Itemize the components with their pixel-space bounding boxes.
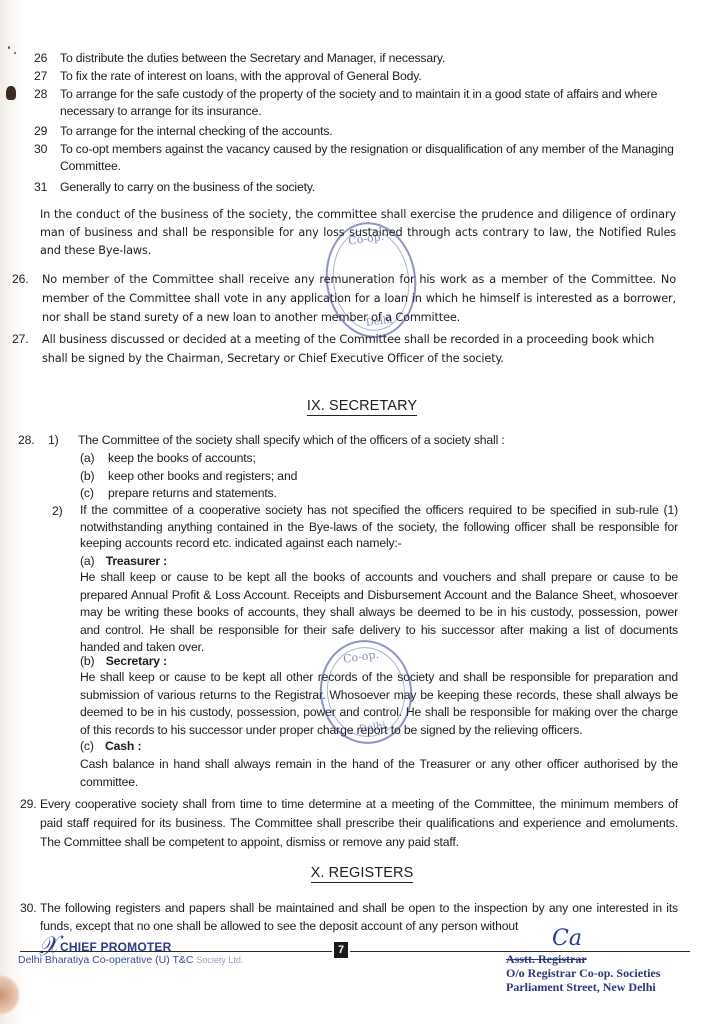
officer-cash-title: (c) Cash : (80, 738, 141, 755)
section-heading-text: X. REGISTERS (311, 865, 414, 883)
footer-registrar-title: Asstt. Registrar (506, 952, 587, 967)
list-item: 29 To arrange for the internal checking … (34, 123, 674, 140)
scan-mark (8, 46, 10, 49)
list-item: 31 Generally to carry on the business of… (34, 179, 674, 196)
footer-registrar-office: O/o Registrar Co-op. Societies (506, 966, 660, 981)
officer-title: Secretary : (106, 654, 167, 668)
item-text: keep the books of accounts; (108, 450, 256, 467)
list-item-number: 31 (34, 179, 60, 196)
list-item-text: Generally to carry on the business of th… (60, 179, 674, 196)
clause-number: 29. (20, 795, 40, 852)
society-name-faint: Society Ltd. (196, 955, 243, 965)
item-label: (c) (80, 485, 94, 502)
section-heading-registers: X. REGISTERS (0, 865, 724, 881)
clause-number: 30. (20, 899, 40, 935)
scan-mark (6, 86, 16, 100)
registrar-signature: Ca (552, 926, 582, 951)
list-item-number: 26 (34, 50, 60, 67)
list-item: 30 To co-opt members against the vacancy… (34, 141, 678, 174)
clause-text: No member of the Committee shall receive… (42, 270, 676, 327)
footer-registrar-address: Parliament Street, New Delhi (506, 980, 656, 995)
page-number: 7 (334, 942, 348, 958)
subclause-number: 1) (48, 432, 59, 449)
officer-treasurer-title: (a) Treasurer : (80, 553, 167, 570)
footer-society-name: Delhi Bharatiya Co-operative (U) T&C Soc… (18, 954, 243, 966)
officer-label: (b) (80, 654, 94, 668)
list-item-number: 29 (34, 123, 60, 140)
list-item: 28 To arrange for the safe custody of th… (34, 86, 678, 119)
list-item-text: To fix the rate of interest on loans, wi… (60, 68, 674, 85)
list-item-number: 27 (34, 68, 60, 85)
item-label: (a) (80, 450, 94, 467)
clause-number: 28. (18, 432, 35, 449)
section-heading-secretary: IX. SECRETARY (0, 398, 724, 414)
list-item-text: To arrange for the safe custody of the p… (60, 86, 678, 119)
officer-cash-text: Cash balance in hand shall always remain… (80, 755, 678, 791)
officer-title: Cash : (105, 739, 141, 753)
clause-text: Every cooperative society shall from tim… (40, 795, 678, 852)
list-item: 26 To distribute the duties between the … (34, 50, 674, 67)
list-item-text: To arrange for the internal checking of … (60, 123, 674, 140)
clause-number: 26. (12, 270, 42, 327)
item-text: prepare returns and statements. (108, 485, 277, 502)
section-heading-text: IX. SECRETARY (307, 398, 417, 416)
list-item: 27 To fix the rate of interest on loans,… (34, 68, 674, 85)
clause-27: 27. All business discussed or decided at… (12, 330, 676, 368)
officer-label: (c) (80, 739, 94, 753)
scan-mark (14, 52, 16, 54)
list-item-number: 30 (34, 141, 60, 174)
society-name-text: Delhi Bharatiya Co-operative (U) T&C (18, 954, 193, 966)
list-item-number: 28 (34, 86, 60, 119)
officer-title: Treasurer : (106, 554, 167, 568)
clause-29: 29. Every cooperative society shall from… (20, 795, 678, 852)
document-page: 26 To distribute the duties between the … (0, 0, 724, 1024)
footer-rule-left (20, 951, 332, 952)
subclause-text: The Committee of the society shall speci… (78, 432, 505, 449)
clause-text: The following registers and papers shall… (40, 899, 678, 935)
list-item-text: To co-opt members against the vacancy ca… (60, 141, 678, 174)
clause-text: All business discussed or decided at a m… (42, 330, 676, 368)
clause-number: 27. (12, 330, 42, 368)
item-text: keep other books and registers; and (108, 468, 297, 485)
item-label: (b) (80, 468, 94, 485)
subclause-text: If the committee of a cooperative societ… (80, 502, 678, 552)
clause-26: 26. No member of the Committee shall rec… (12, 270, 676, 327)
subclause-number: 2) (52, 503, 63, 520)
scan-shadow (0, 975, 20, 1015)
officer-label: (a) (80, 554, 94, 568)
list-item-text: To distribute the duties between the Sec… (60, 50, 674, 67)
officer-secretary-title: (b) Secretary : (80, 653, 167, 670)
